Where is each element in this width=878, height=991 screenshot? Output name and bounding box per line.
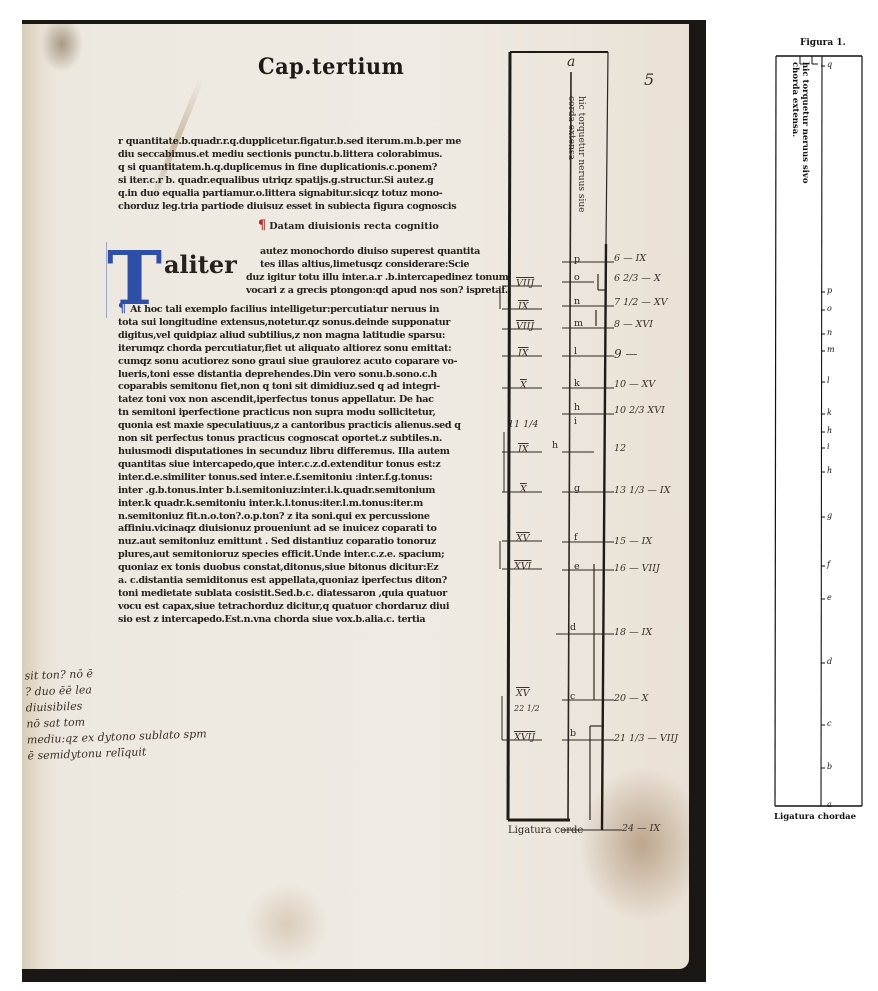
string-letter: o [574, 272, 580, 283]
right-value: 18 — IX [614, 627, 652, 638]
string-letter: c [570, 691, 575, 702]
left-numeral: IX [518, 348, 529, 359]
left-numeral: 11 1/4 [508, 419, 538, 430]
string-letter: m [574, 318, 583, 329]
left-numeral: IX [518, 444, 529, 455]
right-value: 9 — [614, 347, 637, 361]
left-numeral: XV [516, 688, 530, 699]
figure-letter: k [827, 408, 832, 417]
diagram-vertical-caption: hic torquetur neruus siue corda extensa [566, 96, 586, 213]
right-value: 15 — IX [614, 536, 652, 547]
right-value: 10 — XV [614, 379, 655, 390]
figure-letter: l [827, 376, 830, 385]
figure-letter: h [827, 426, 832, 435]
left-numeral: XV [516, 533, 530, 544]
figure-letter: m [827, 345, 835, 354]
figure-letter: c [827, 719, 831, 728]
left-numeral: X [520, 380, 527, 391]
right-value: 10 2/3 XVI [614, 405, 665, 416]
figure-letter: n [827, 328, 832, 337]
monochord-lines [22, 24, 689, 969]
string-letter: h [552, 440, 558, 451]
right-value: 12 [614, 443, 626, 454]
left-numeral: IX [518, 301, 529, 312]
string-letter: k [574, 378, 580, 389]
string-letter: h [574, 402, 580, 413]
string-letter: d [570, 622, 576, 633]
string-letter: f [574, 532, 578, 543]
right-value: 24 — IX [622, 823, 660, 834]
string-letter: i [574, 416, 577, 427]
right-value: 13 1/3 — IX [614, 485, 670, 496]
right-value: 20 — X [614, 693, 648, 704]
monochord-diagram: a hic torquetur neruus siue corda extens… [22, 24, 689, 969]
string-letter: n [574, 296, 580, 307]
left-numeral: VIIJ [516, 278, 534, 289]
figure-letter: f [827, 560, 830, 569]
string-letter: e [574, 561, 580, 572]
left-numeral: XVI [514, 561, 531, 572]
figure-letter: a [827, 800, 832, 809]
string-letter: l [574, 346, 577, 357]
left-numeral: X [520, 484, 527, 495]
manuscript-scan: Cap.tertium 5 r quantitate.b.quadr.r.q.d… [22, 20, 706, 982]
left-numeral: 22 1/2 [514, 704, 540, 713]
figure-letter: i [827, 442, 830, 451]
left-numeral: XVIJ [514, 732, 535, 743]
right-value: 7 1/2 — XV [614, 297, 668, 308]
figure-lines [770, 38, 870, 818]
figure-vertical-caption: hic torquetur neruus sivo chorda extensa… [790, 62, 810, 184]
diagram-bottom-label: Ligatura corde [508, 825, 583, 836]
right-value: 16 — VIIJ [614, 563, 660, 574]
diagram-top-letter: a [567, 54, 575, 70]
manuscript-page: Cap.tertium 5 r quantitate.b.quadr.r.q.d… [22, 24, 689, 969]
figure-letter: e [827, 593, 832, 602]
right-value: 8 — XVI [614, 319, 653, 330]
string-letter: g [574, 483, 580, 494]
right-value: 21 1/3 — VIIJ [614, 733, 678, 744]
left-numeral: VIIJ [516, 321, 534, 332]
figure-letter: d [827, 657, 832, 666]
figure-letter: p [827, 286, 832, 295]
string-letter: p [574, 254, 580, 265]
right-value: 6 2/3 — X [614, 273, 661, 284]
string-letter: b [570, 728, 576, 739]
right-value: 6 — IX [614, 253, 646, 264]
figure-letter: g [827, 511, 832, 520]
figure-letter: b [827, 762, 832, 771]
figure-caption: Ligatura chordae [774, 812, 856, 822]
figura-1: Figura 1. hic torq [770, 38, 870, 838]
figure-letter: h [827, 466, 832, 475]
figure-letter: o [827, 304, 832, 313]
figure-letter: q [827, 60, 832, 69]
